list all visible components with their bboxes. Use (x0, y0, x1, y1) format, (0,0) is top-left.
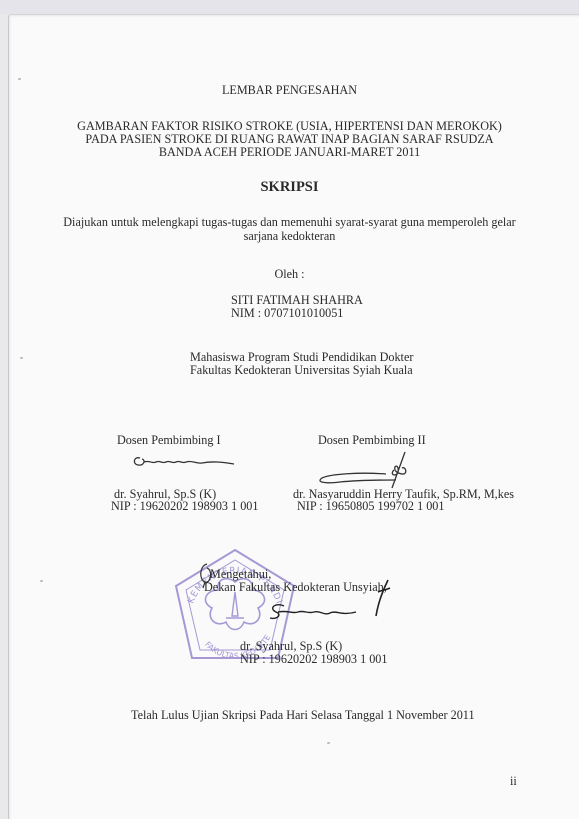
scan-top-margin (0, 0, 579, 14)
approval-position: Dekan Fakultas Kedokteran Unsyiah, (204, 581, 387, 594)
document-type: SKRIPSI (0, 181, 579, 194)
thesis-title-line-3: BANDA ACEH PERIODE JANUARI-MARET 2011 (0, 146, 579, 159)
author-nim: NIM : 0707101010051 (231, 307, 343, 320)
purpose-line-1: Diajukan untuk melengkapi tugas-tugas da… (0, 216, 579, 229)
paraf-mark (372, 578, 394, 618)
dean-signature (262, 600, 362, 626)
scan-speck (40, 580, 43, 582)
supervisor-2-role: Dosen Pembimbing II (318, 434, 426, 447)
purpose-line-2: sarjana kedokteran (0, 230, 579, 243)
supervisor-1-signature (130, 452, 240, 474)
scan-speck (18, 78, 21, 80)
supervisor-1-role: Dosen Pembimbing I (117, 434, 221, 447)
scan-speck (20, 357, 23, 359)
dean-nip: NIP : 19620202 198903 1 001 (240, 653, 388, 666)
by-label: Oleh : (0, 268, 579, 281)
page-heading: LEMBAR PENGESAHAN (0, 84, 579, 97)
scan-speck (327, 742, 330, 744)
supervisor-1-nip: NIP : 19620202 198903 1 001 (111, 500, 259, 513)
affiliation-line-2: Fakultas Kedokteran Universitas Syiah Ku… (190, 364, 413, 377)
supervisor-2-nip: NIP : 19650805 199702 1 001 (297, 500, 445, 513)
exam-statement: Telah Lulus Ujian Skripsi Pada Hari Sela… (131, 709, 475, 722)
page-number: ii (510, 774, 517, 789)
